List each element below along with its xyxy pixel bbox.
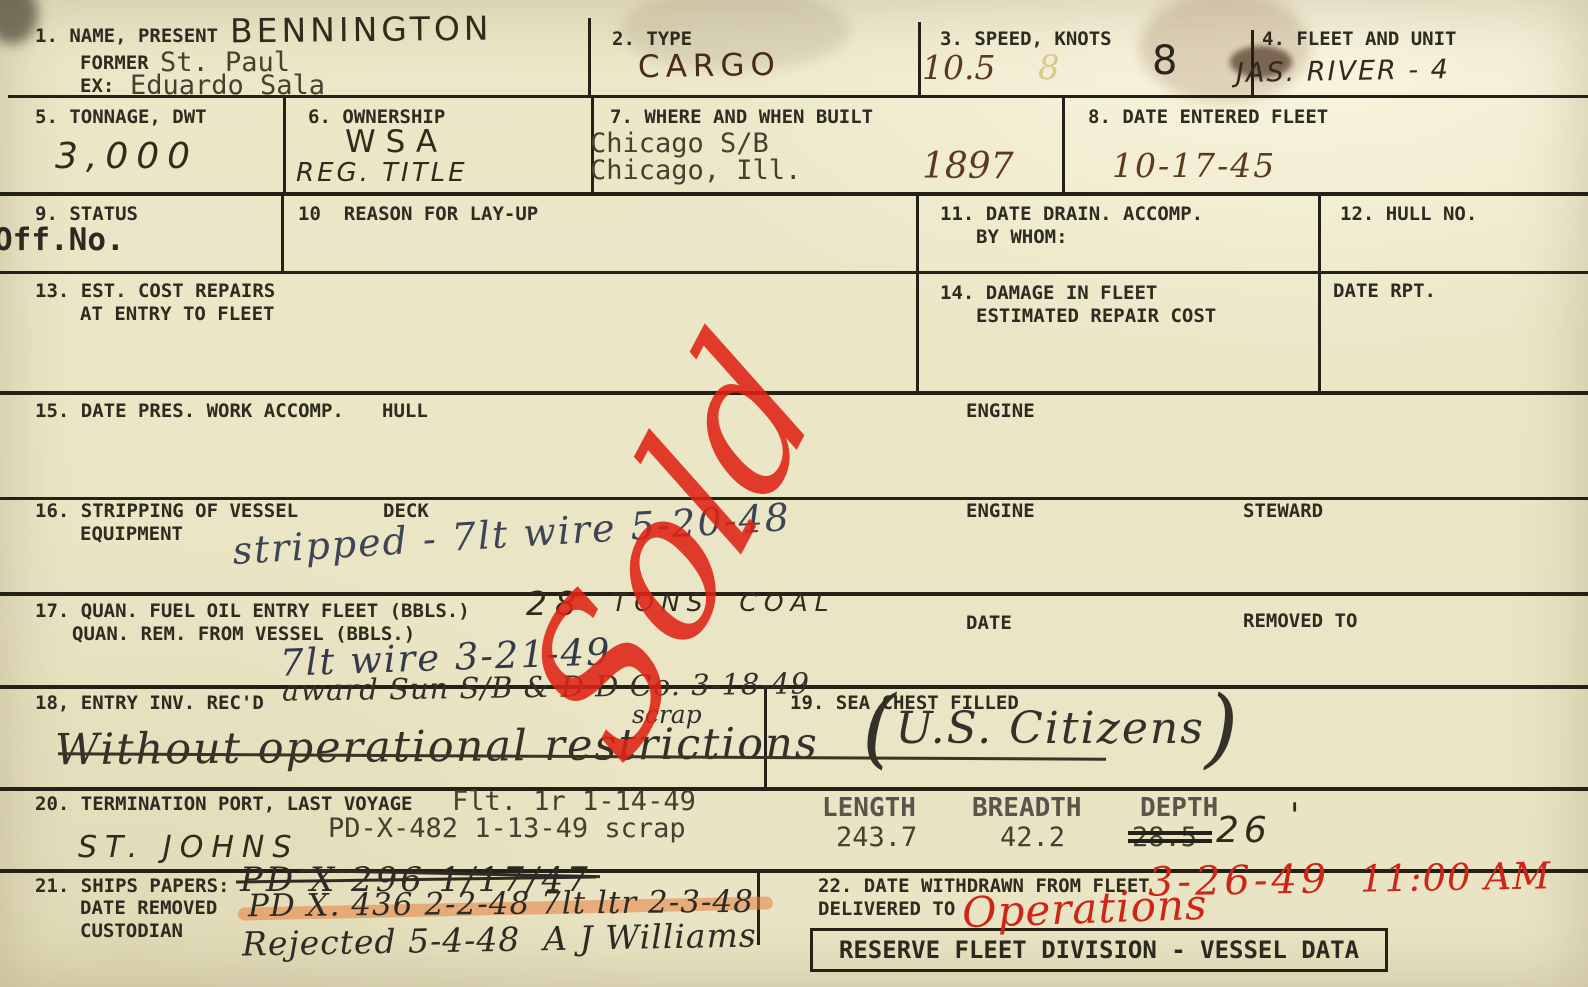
rule-v-14-daterpt xyxy=(1318,271,1321,391)
field-16-equipment-label: EQUIPMENT xyxy=(80,523,183,545)
built-where-line2: Chicago, Ill. xyxy=(590,155,801,186)
rule-v-13-14 xyxy=(916,271,919,391)
card-title: RESERVE FLEET DIVISION - VESSEL DATA xyxy=(839,936,1359,964)
field-7-label: 7. WHERE AND WHEN BUILT xyxy=(610,106,873,128)
field-21-dateremoved-label: DATE REMOVED xyxy=(80,897,217,919)
field-15-hull-label: HULL xyxy=(382,400,428,422)
date-entered-value: 10-17-45 xyxy=(1112,146,1276,185)
field-20-label: 20. TERMINATION PORT, LAST VOYAGE xyxy=(35,793,413,815)
rule-v-1-2 xyxy=(588,18,591,95)
status-offno-value: Off.No. xyxy=(0,222,125,258)
depth-strike-line-2 xyxy=(1128,839,1212,843)
length-label: LENGTH xyxy=(822,793,916,823)
field-16-engine-label: ENGINE xyxy=(966,500,1035,522)
field-14-label: 14. DAMAGE IN FLEET xyxy=(940,282,1157,304)
depth-strike-line-1 xyxy=(1128,831,1212,835)
field-16-steward-label: STEWARD xyxy=(1243,500,1323,522)
speed-value-2: 8 xyxy=(1152,38,1180,84)
field-14-label-2: ESTIMATED REPAIR COST xyxy=(976,305,1216,327)
type-value: CARGO xyxy=(638,47,781,85)
breadth-value: 42.2 xyxy=(1000,822,1065,853)
field-4-label: 4. FLEET AND UNIT xyxy=(1262,28,1456,50)
rule-row9 xyxy=(0,869,1588,873)
speed-value: 10.5 xyxy=(922,48,995,87)
rule-v-9-10 xyxy=(281,192,284,271)
field-5-label: 5. TONNAGE, DWT xyxy=(35,106,207,128)
field-21-label: 21. SHIPS PAPERS: xyxy=(35,875,229,897)
field-15-label: 15. DATE PRES. WORK ACCOMP. xyxy=(35,400,344,422)
card-title-box: RESERVE FLEET DIVISION - VESSEL DATA xyxy=(810,928,1388,972)
time-withdrawn-value: 11:00 AM xyxy=(1360,854,1552,900)
field-10-label: 10 REASON FOR LAY-UP xyxy=(298,203,538,225)
field-21-custodian-label: CUSTODIAN xyxy=(80,920,183,942)
depth-tick-mark: ' xyxy=(1290,796,1302,836)
fuel-qty-value: 28 xyxy=(526,584,584,623)
field-13-label-2: AT ENTRY TO FLEET xyxy=(80,303,274,325)
last-voyage-typed-2: PD-X-482 1-13-49 scrap xyxy=(328,813,686,844)
field-18-label: 18, ENTRY INV. REC'D xyxy=(35,692,264,714)
depth-label: DEPTH xyxy=(1140,793,1218,823)
field-1-ex-label: EX: xyxy=(80,75,114,97)
rule-v-7-8 xyxy=(1062,95,1065,192)
field-12-label: 12. HULL NO. xyxy=(1340,203,1477,225)
depth-new-value: 26 xyxy=(1216,810,1272,851)
field-2-label: 2. TYPE xyxy=(612,28,692,50)
rule-v-10-11 xyxy=(916,192,919,271)
field-15-engine-label: ENGINE xyxy=(966,400,1035,422)
ships-papers-line3: Rejected 5-4-48 A J Williams xyxy=(242,916,757,964)
rule-v-11-12 xyxy=(1318,192,1321,271)
rule-row3 xyxy=(0,271,1588,274)
field-11-bywhom-label: BY WHOM: xyxy=(976,226,1068,248)
length-value: 243.7 xyxy=(836,822,917,853)
field-3-label: 3. SPEED, KNOTS xyxy=(940,28,1112,50)
vessel-data-card: 1. NAME, PRESENT BENNINGTON FORMER St. P… xyxy=(0,0,1588,987)
rule-v-5-6 xyxy=(283,95,286,192)
field-11-label: 11. DATE DRAIN. ACCOMP. xyxy=(940,203,1203,225)
delivered-to-value: Operations xyxy=(961,880,1208,938)
field-1-label: 1. NAME, PRESENT xyxy=(35,25,218,47)
stripping-note: stripped - 7lt wire 5-20-48 xyxy=(231,495,792,573)
field-19-label: 19. SEA CHEST FILLED xyxy=(790,692,1019,714)
date-rpt-label: DATE RPT. xyxy=(1333,280,1436,302)
built-year-value: 1897 xyxy=(922,146,1014,187)
rule-row8 xyxy=(0,787,1588,791)
restrictions-note-struck: Without operational restrictions xyxy=(55,719,819,776)
ex-name-value: Eduardo Sala xyxy=(130,70,325,101)
fuel-unit-value: TONS COAL xyxy=(612,588,836,617)
field-13-label: 13. EST. COST REPAIRS xyxy=(35,280,275,302)
rule-v-2-3 xyxy=(918,22,921,95)
corner-shadow-stain xyxy=(0,0,38,44)
tonnage-value: 3,000 xyxy=(55,136,198,177)
citizens-paren-close: ) xyxy=(1205,698,1239,758)
field-17-removedto-label: REMOVED TO xyxy=(1243,610,1357,632)
speed-ghost-value: 8 xyxy=(1038,48,1060,88)
field-17-date-label: DATE xyxy=(966,612,1012,634)
vessel-name-value: BENNINGTON xyxy=(230,9,493,51)
breadth-label: BREADTH xyxy=(972,793,1082,823)
fleet-unit-value: JAS. RIVER - 4 xyxy=(1236,54,1450,89)
entry-award-note: award Sun S/B & D D Co. 3-18-49 xyxy=(282,666,810,707)
field-8-label: 8. DATE ENTERED FLEET xyxy=(1088,106,1328,128)
rule-row4 xyxy=(0,391,1588,395)
ownership-title-value: REG. TITLE xyxy=(296,158,468,188)
rule-row2 xyxy=(0,192,1588,196)
field-16-label: 16. STRIPPING OF VESSEL xyxy=(35,500,298,522)
field-22-deliveredto-label: DELIVERED TO xyxy=(818,898,955,920)
ownership-value: WSA xyxy=(345,124,447,160)
field-17-label: 17. QUAN. FUEL OIL ENTRY FLEET (BBLS.) xyxy=(35,600,470,622)
depth-struck-value: 28.5 xyxy=(1132,822,1197,853)
